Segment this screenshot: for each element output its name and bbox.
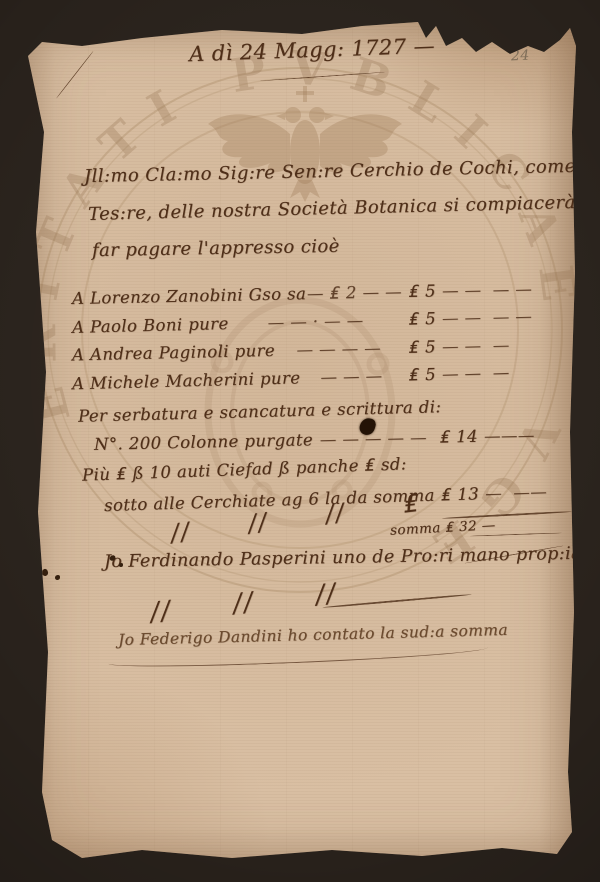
flourish-slashes: // // // <box>149 578 339 627</box>
dash-trail: ——— <box>484 425 554 445</box>
dash-fill: — — · — — <box>228 310 402 333</box>
salutation-line-1: Jll:mo Cla:mo Sig:re Sen:re Cerchio de C… <box>84 154 600 187</box>
payee-name: A Paolo Boni pure <box>72 314 229 337</box>
amount-lire: ₤ 5 <box>408 281 436 301</box>
manuscript-page: ERITATI PVBLICAE VGE N°. 552. A <box>22 12 578 870</box>
ledger-row: A Lorenzo Zanobini Gso sa — ₤ 2 — — ₤ 5 … <box>72 279 554 308</box>
ink-speck <box>41 568 49 577</box>
dash-trail: — —— <box>485 481 572 503</box>
number-flourish-stroke <box>56 51 94 99</box>
date-line: A dì 24 Magg: 1727 — <box>162 33 463 67</box>
dash-trail: — — — <box>442 335 554 357</box>
document-number: N°. 552. <box>27 22 95 43</box>
ink-speck <box>119 563 123 567</box>
amount-lire: ₤ 14 <box>439 427 478 447</box>
payee-name: A Lorenzo Zanobini Gso sa <box>72 284 307 308</box>
amount-lire: ₤ 5 <box>408 309 436 329</box>
fees-heading: Per serbatura e scancatura e scrittura d… <box>78 397 442 426</box>
dash-fill: — ₤ 2 — — <box>306 282 403 303</box>
ink-speck <box>55 575 60 580</box>
payee-name: A Michele Macherini pure <box>72 368 301 393</box>
salutation-line-3: far pagare l'appresso cioè <box>92 236 340 261</box>
folio-page-number: 24 <box>511 48 530 65</box>
fee-label: N°. 200 Colonne purgate <box>94 430 313 454</box>
dash-trail: — — — <box>442 362 554 384</box>
double-headed-eagle-icon <box>208 86 402 202</box>
dash-trail: — — — — <box>442 306 554 328</box>
dash-fill: — — — <box>300 366 403 388</box>
ink-speck <box>33 557 40 565</box>
amount-lire: ₤ 5 <box>408 337 436 357</box>
fee-row-colonne: N°. 200 Colonne purgate — — — — — ₤ 14 —… <box>94 425 554 454</box>
flourish-swash-stroke <box>322 593 472 608</box>
photo-backdrop: { "theme": { "background": "#28211b", "p… <box>0 0 600 882</box>
salutation-line-2: Tes:re, delle nostra Società Botanica si… <box>88 192 576 225</box>
amount-lire: ₤ 5 <box>408 365 436 385</box>
dash-trail: — — — — <box>442 279 554 300</box>
ledger-row: A Paolo Boni pure — — · — — ₤ 5 — — — — <box>72 306 554 337</box>
date-underline-flourish <box>260 72 385 82</box>
payee-name: A Andrea Paginoli pure <box>72 341 275 365</box>
fee-piu-line: Più ₤ ß 10 auti Ciefad ß panche ₤ sd: <box>82 454 407 484</box>
amount-lire: ₤ 13 <box>441 484 480 504</box>
ink-speck <box>39 579 42 582</box>
ledger-row: A Andrea Paginoli pure — — — — ₤ 5 — — — <box>72 335 554 365</box>
dash-fill: — — — — <box>275 338 403 360</box>
signature-procurator: Jo Ferdinando Pasperini uno de Pro:ri ma… <box>104 544 582 572</box>
ledger-row: A Michele Macherini pure — — — ₤ 5 — — — <box>72 362 554 394</box>
